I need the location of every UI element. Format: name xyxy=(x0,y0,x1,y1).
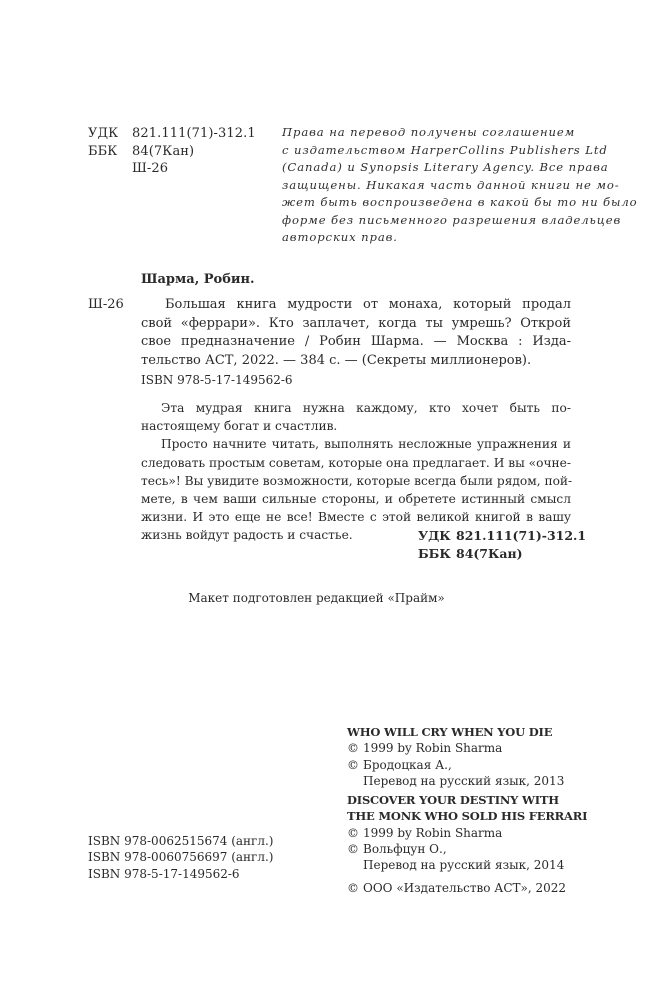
catalog-line: Большая книга мудрости от монаха, которы… xyxy=(141,296,571,315)
copyright-block: WHO WILL CRY WHEN YOU DIE © 1999 by Robi… xyxy=(347,724,587,896)
annotation-line: Просто начните читать, выполнять несложн… xyxy=(141,435,571,453)
rights-line: Права на перевод получены соглашением xyxy=(282,124,572,142)
rights-notice: Права на перевод получены соглашением с … xyxy=(282,124,572,247)
bbk-row: ББК 84(7Кан) xyxy=(88,143,256,161)
annotation-line: мете, в чем ваши сильные стороны, и обре… xyxy=(141,490,571,508)
isbn-item: ISBN 978-0062515674 (англ.) xyxy=(88,833,273,849)
copyright-icon: © xyxy=(347,740,363,756)
rights-line: защищены. Никакая часть данной книги не … xyxy=(282,177,572,195)
bbk-bottom-row: ББК 84(7Кан) xyxy=(418,545,586,563)
bbk-bottom-value: 84(7Кан) xyxy=(456,545,523,563)
isbn-list: ISBN 978-0062515674 (англ.) ISBN 978-006… xyxy=(88,833,273,882)
annotation-line: Эта мудрая книга нужна каждому, кто хоче… xyxy=(141,399,571,417)
isbn-item: ISBN 978-5-17-149562-6 xyxy=(88,866,273,882)
catalog-description: Большая книга мудрости от монаха, которы… xyxy=(141,296,571,370)
work2-author-copyright: © 1999 by Robin Sharma xyxy=(347,825,587,841)
udk-bottom-row: УДК 821.111(71)-312.1 xyxy=(418,527,586,545)
udk-bottom-label: УДК xyxy=(418,527,456,545)
catalog-line: свое предназначение / Робин Шарма. — Мос… xyxy=(141,333,571,352)
copyright-icon: © xyxy=(347,757,363,773)
bbk-value: 84(7Кан) xyxy=(132,143,194,161)
author-mark: Ш-26 xyxy=(132,160,168,178)
rights-line: с издательством HarperCollins Publishers… xyxy=(282,142,572,160)
catalog-author: Шарма, Робин. xyxy=(141,271,255,289)
work2-title-line1: DISCOVER YOUR DESTINY WITH xyxy=(347,792,587,808)
isbn-item: ISBN 978-0060756697 (англ.) xyxy=(88,849,273,865)
udk-bottom-value: 821.111(71)-312.1 xyxy=(456,527,586,545)
copyright-icon: © xyxy=(347,880,363,896)
classification-bottom: УДК 821.111(71)-312.1 ББК 84(7Кан) xyxy=(418,527,586,563)
publisher-copyright: © ООО «Издательство АСТ», 2022 xyxy=(347,880,587,896)
udk-label: УДК xyxy=(88,125,132,143)
work1-translator-copyright: © Бродоцкая А., xyxy=(347,757,587,773)
work1-title: WHO WILL CRY WHEN YOU DIE xyxy=(347,724,587,740)
rights-line: (Canada) и Synopsis Literary Agency. Все… xyxy=(282,159,572,177)
udk-value: 821.111(71)-312.1 xyxy=(132,125,256,143)
classification-block: УДК 821.111(71)-312.1 ББК 84(7Кан) Ш-26 xyxy=(88,125,256,178)
copyright-icon: © xyxy=(347,841,363,857)
catalog-line: свой «феррари». Кто заплачет, когда ты у… xyxy=(141,315,571,334)
annotation-line: жизни. И это еще не все! Вместе с этой в… xyxy=(141,508,571,526)
catalog-line: тельство АСТ, 2022. — 384 с. — (Секреты … xyxy=(141,352,571,371)
rights-line: авторских прав. xyxy=(282,229,572,247)
bbk-label: ББК xyxy=(88,143,132,161)
author-mark-row: Ш-26 xyxy=(88,160,256,178)
annotation-line: следовать простым советам, которые она п… xyxy=(141,454,571,472)
work1-translation-note: Перевод на русский язык, 2013 xyxy=(347,773,587,789)
work2-translation-note: Перевод на русский язык, 2014 xyxy=(347,857,587,873)
work2-translator-copyright: © Вольфцун О., xyxy=(347,841,587,857)
rights-line: жет быть воспроизведена в какой бы то ни… xyxy=(282,194,572,212)
annotation: Эта мудрая книга нужна каждому, кто хоче… xyxy=(141,399,571,545)
udk-row: УДК 821.111(71)-312.1 xyxy=(88,125,256,143)
catalog-isbn: ISBN 978-5-17-149562-6 xyxy=(141,372,293,388)
copyright-icon: © xyxy=(347,825,363,841)
work1-author-copyright: © 1999 by Robin Sharma xyxy=(347,740,587,756)
annotation-line: тесь»! Вы увидите возможности, которые в… xyxy=(141,472,571,490)
annotation-line: настоящему богат и счастлив. xyxy=(141,417,571,435)
rights-line: форме без письменного разрешения владель… xyxy=(282,212,572,230)
layout-credit: Макет подготовлен редакцией «Прайм» xyxy=(0,590,645,606)
bbk-bottom-label: ББК xyxy=(418,545,456,563)
layout-credit-text: Макет подготовлен редакцией «Прайм» xyxy=(188,591,445,605)
catalog-call-number: Ш-26 xyxy=(88,296,124,314)
work2-title-line2: THE MONK WHO SOLD HIS FERRARI xyxy=(347,808,587,824)
